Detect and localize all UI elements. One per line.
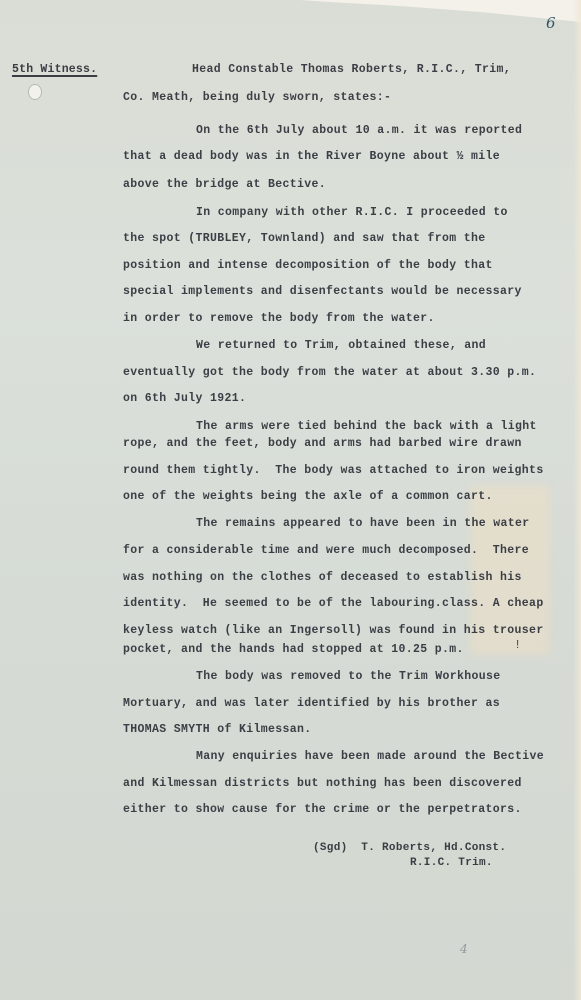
- statement-line: identity. He seemed to be of the labouri…: [123, 597, 544, 610]
- statement-line: round them tightly. The body was attache…: [123, 464, 544, 477]
- statement-line: on 6th July 1921.: [123, 392, 246, 405]
- statement-line: the spot (TRUBLEY, Townland) and saw tha…: [123, 232, 486, 245]
- statement-line: The remains appeared to have been in the…: [196, 517, 530, 530]
- statement-line: pocket, and the hands had stopped at 10.…: [123, 643, 464, 656]
- statement-line: Co. Meath, being duly sworn, states:-: [123, 91, 391, 104]
- statement-line: in order to remove the body from the wat…: [123, 312, 435, 325]
- pencil-margin-mark: 4: [460, 942, 468, 956]
- torn-corner: [0, 0, 581, 30]
- statement-line: special implements and disenfectants wou…: [123, 285, 522, 298]
- witness-label: 5th Witness.: [12, 63, 97, 76]
- signature-line-1: (Sgd) T. Roberts, Hd.Const.: [313, 842, 506, 854]
- statement-line: was nothing on the clothes of deceased t…: [123, 571, 522, 584]
- statement-line: for a considerable time and were much de…: [123, 544, 529, 557]
- statement-line: rope, and the feet, body and arms had ba…: [123, 437, 522, 450]
- statement-line: one of the weights being the axle of a c…: [123, 490, 493, 503]
- document-page: 6 5th Witness. Head Constable Thomas Rob…: [0, 0, 581, 1000]
- statement-line: Head Constable Thomas Roberts, R.I.C., T…: [192, 63, 511, 76]
- statement-line: above the bridge at Bective.: [123, 178, 326, 191]
- statement-line: eventually got the body from the water a…: [123, 366, 536, 379]
- statement-line: Many enquiries have been made around the…: [196, 750, 544, 763]
- page-number: 6: [546, 14, 556, 32]
- statement-line: and Kilmessan districts but nothing has …: [123, 777, 522, 790]
- statement-line: keyless watch (like an Ingersoll) was fo…: [123, 624, 544, 637]
- statement-line: In company with other R.I.C. I proceeded…: [196, 206, 508, 219]
- margin-tick-mark: !: [514, 638, 521, 652]
- statement-line: either to show cause for the crime or th…: [123, 803, 522, 816]
- statement-line: On the 6th July about 10 a.m. it was rep…: [196, 124, 522, 137]
- punch-hole: [28, 84, 42, 100]
- statement-line: We returned to Trim, obtained these, and: [196, 339, 486, 352]
- statement-line: The body was removed to the Trim Workhou…: [196, 670, 501, 683]
- statement-line: position and intense decomposition of th…: [123, 259, 493, 272]
- signature-line-2: R.I.C. Trim.: [410, 857, 493, 869]
- statement-line: THOMAS SMYTH of Kilmessan.: [123, 723, 312, 736]
- page-edge: [573, 0, 581, 1000]
- statement-line: that a dead body was in the River Boyne …: [123, 150, 500, 163]
- statement-line: Mortuary, and was later identified by hi…: [123, 697, 500, 710]
- statement-line: The arms were tied behind the back with …: [196, 420, 537, 433]
